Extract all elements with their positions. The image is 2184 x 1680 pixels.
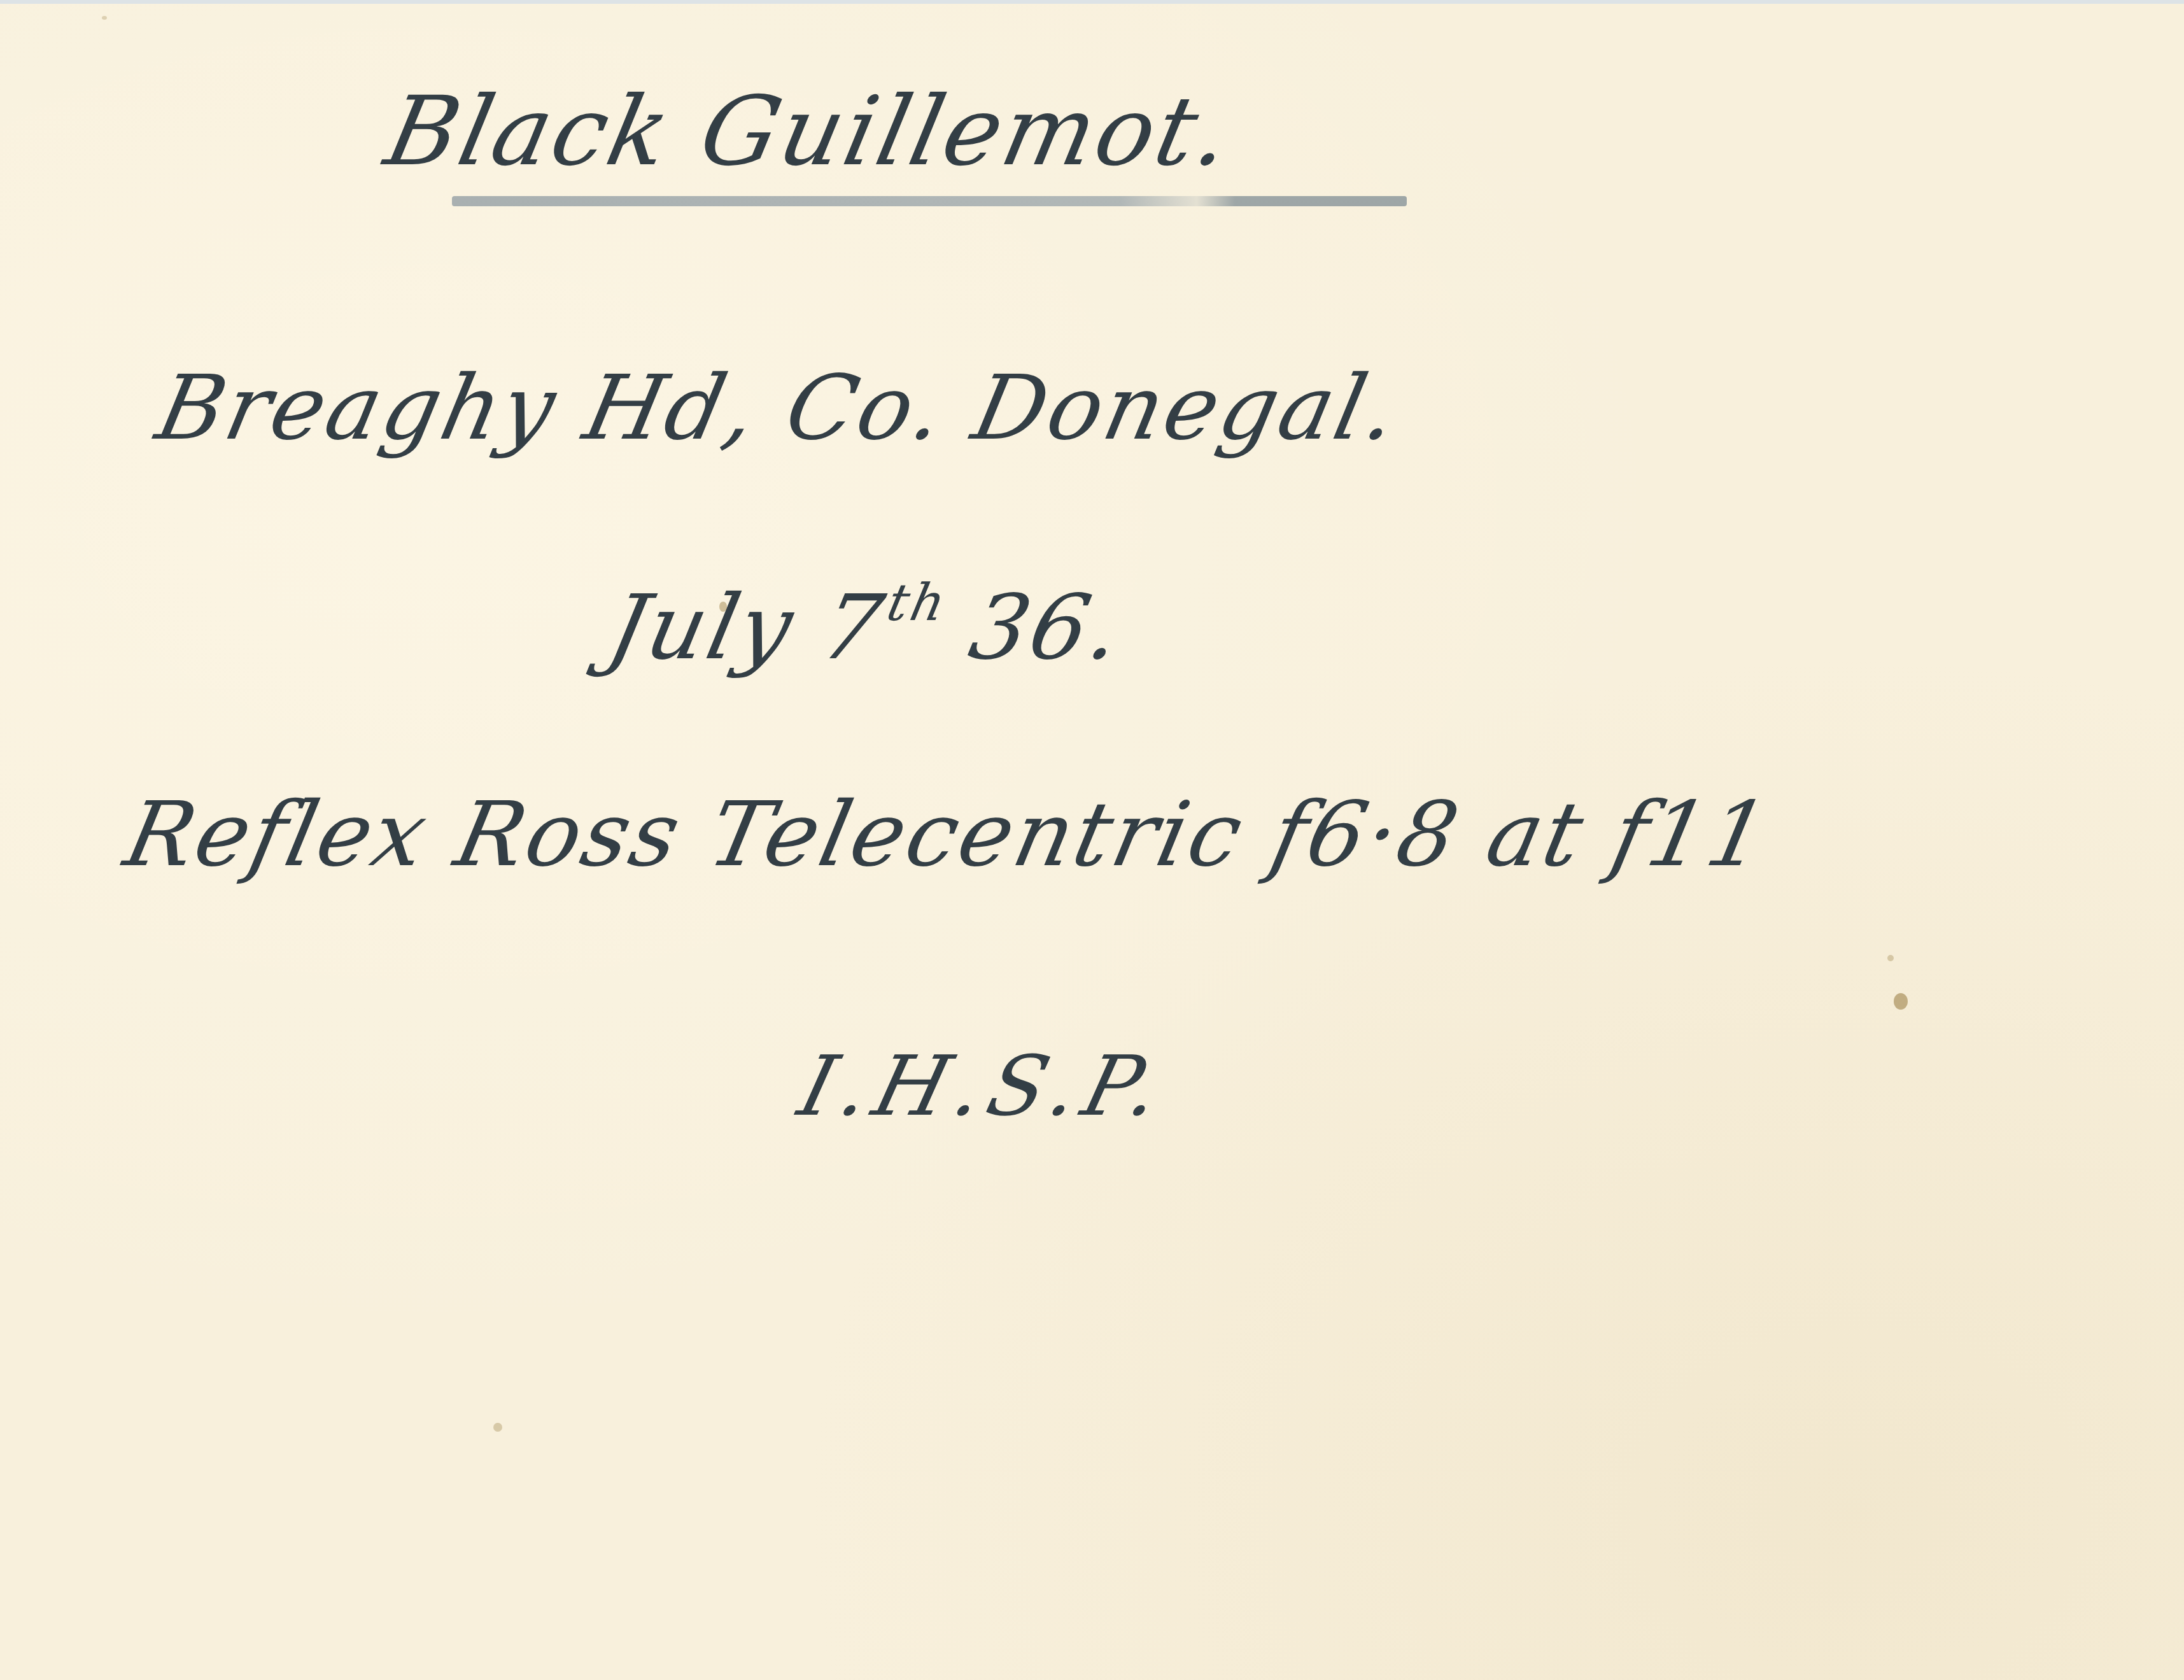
date-month-day: July 7 <box>600 576 894 680</box>
date-year: 36. <box>961 576 1132 680</box>
photographer-initials: I.H.S.P. <box>790 1038 1178 1134</box>
card-title: Black Guillemot. <box>377 76 1243 187</box>
foxing-spot <box>1887 955 1894 961</box>
specimen-note-card: Black Guillemot. Breaghy Hd, Co. Donegal… <box>0 0 2184 1680</box>
location-line: Breaghy Hd, Co. Donegal. <box>148 356 1409 460</box>
foxing-spot <box>102 16 107 20</box>
foxing-spot <box>719 602 727 612</box>
foxing-spot <box>1894 993 1908 1010</box>
date-ordinal: th <box>882 573 953 632</box>
title-underline <box>452 196 1407 206</box>
foxing-spot <box>493 1423 502 1432</box>
card-top-edge <box>0 0 2184 4</box>
camera-details-line: Reflex Ross Telecentric f6·8 at f11 <box>116 783 1779 887</box>
date-line: July 7th 36. <box>600 573 1133 680</box>
